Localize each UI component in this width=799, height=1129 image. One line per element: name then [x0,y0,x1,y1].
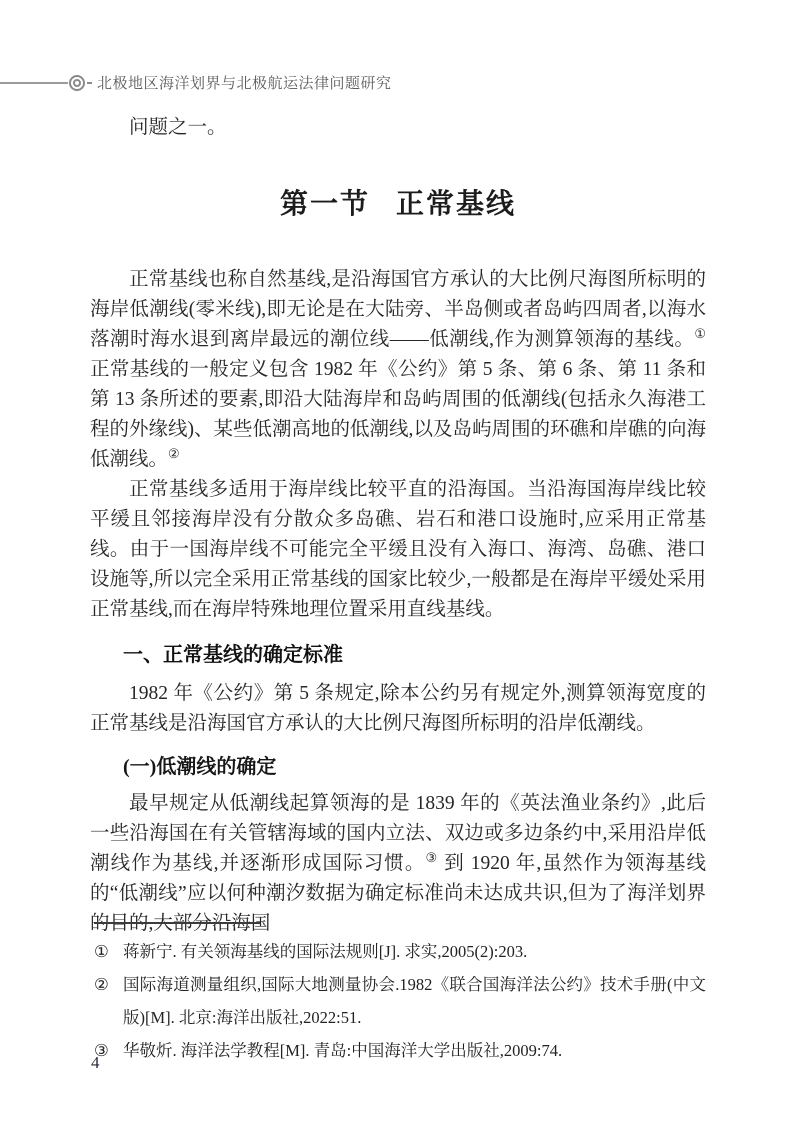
carryover-paragraph: 问题之一。 [90,113,706,143]
footnote-3-text: 华敬炘. 海洋法学教程[M]. 青岛:中国海洋大学出版社,2009:74. [123,1034,706,1067]
page-body: 问题之一。 第一节正常基线 正常基线也称自然基线,是沿海国官方承认的大比例尺海图… [90,113,706,939]
footnote-separator-rule [94,922,260,924]
section-name: 正常基线 [396,189,516,220]
paragraph-3: 1982 年《公约》第 5 条规定,除本公约另有规定外,测算领海宽度的正常基线是… [90,679,706,739]
subheading-low-water-line: (一)低潮线的确定 [90,752,706,782]
footnote-2-text: 国际海道测量组织,国际大地测量协会.1982《联合国海洋法公约》技术手册(中文版… [123,968,706,1034]
page-number: 4 [91,1053,100,1073]
header-rule-line [0,82,68,84]
footnote-3: ③ 华敬炘. 海洋法学教程[M]. 青岛:中国海洋大学出版社,2009:74. [90,1034,706,1067]
footnote-ref-3: ③ [426,850,439,865]
footnote-2-marker: ② [90,968,123,1001]
footnote-2: ② 国际海道测量组织,国际大地测量协会.1982《联合国海洋法公约》技术手册(中… [90,968,706,1034]
running-title: 北极地区海洋划界与北极航运法律问题研究 [97,72,392,93]
paragraph-4: 最早规定从低潮线起算领海的是 1839 年的《英法渔业条约》,此后一些沿海国在有… [90,789,706,939]
running-header: 北极地区海洋划界与北极航运法律问题研究 [0,72,799,93]
footnote-ref-1: ① [694,326,706,341]
footnote-section: ① 蒋新宁. 有关领海基线的国际法规则[J]. 求实,2005(2):203. … [90,922,706,1067]
section-label: 第一节 [280,189,370,220]
double-circle-icon [69,75,85,91]
paragraph-1: 正常基线也称自然基线,是沿海国官方承认的大比例尺海图所标明的海岸低潮线(零米线)… [90,265,706,475]
footnote-1: ① 蒋新宁. 有关领海基线的国际法规则[J]. 求实,2005(2):203. [90,935,706,968]
section-title: 第一节正常基线 [90,187,706,223]
heading-determination-standard: 一、正常基线的确定标准 [90,640,706,670]
paragraph-1-text: 正常基线也称自然基线,是沿海国官方承认的大比例尺海图所标明的海岸低潮线(零米线)… [90,269,706,350]
footnote-ref-2: ② [168,446,180,461]
double-circle-icon-inner [73,79,81,87]
footnote-1-text: 蒋新宁. 有关领海基线的国际法规则[J]. 求实,2005(2):203. [123,935,706,968]
footnote-1-marker: ① [90,935,123,968]
paragraph-2: 正常基线多适用于海岸线比较平直的沿海国。当沿海国海岸线比较平缓且邻接海岸没有分散… [90,475,706,625]
paragraph-1-text-cont: 正常基线的一般定义包含 1982 年《公约》第 5 条、第 6 条、第 11 条… [90,359,706,470]
header-dash [87,82,92,84]
